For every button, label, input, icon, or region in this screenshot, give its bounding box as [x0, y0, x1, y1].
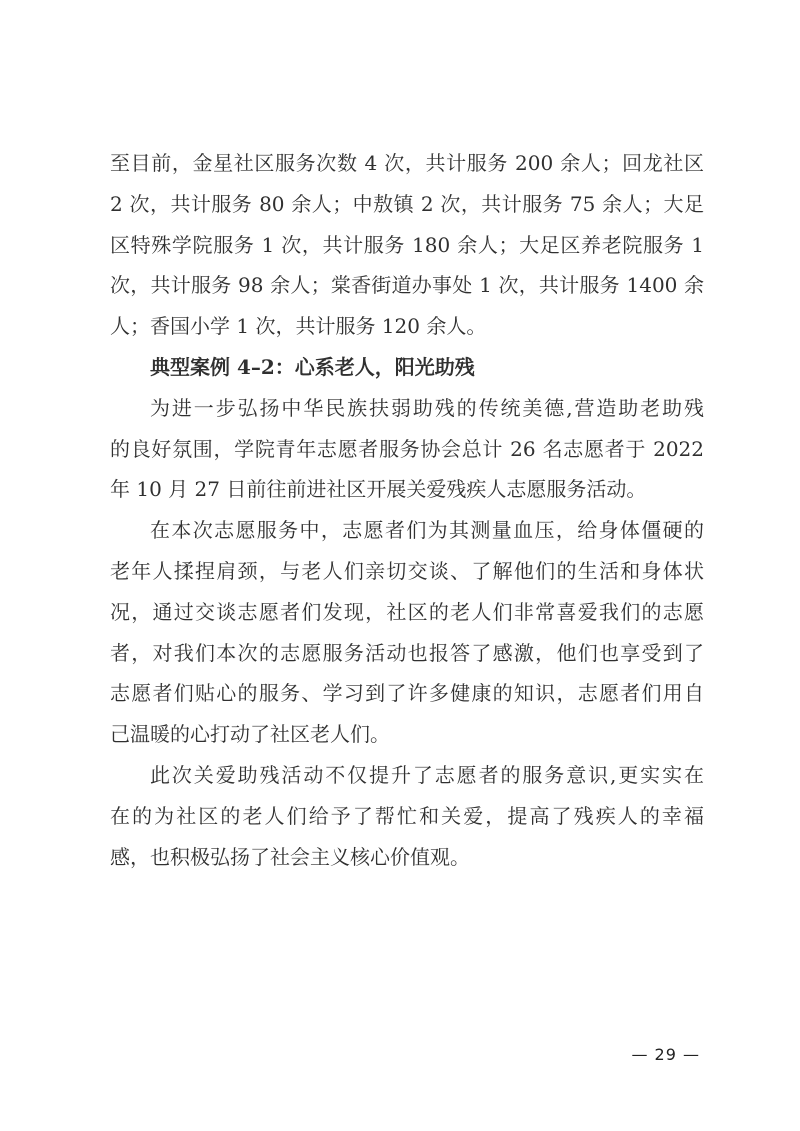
- text-line: 在本次志愿服务中，志愿者们为其测量血压，给身体僵硬的: [110, 510, 704, 551]
- document-page: 至目前，金星社区服务次数 4 次，共计服务 200 余人；回龙社区2 次，共计服…: [0, 0, 800, 1131]
- text-line: 老年人揉捏肩颈，与老人们亲切交谈、了解他们的生活和身体状: [110, 551, 704, 592]
- paragraph-case-heading: 典型案例 4–2：心系老人，阳光助残: [110, 347, 704, 388]
- text-line: 此次关爱助残活动不仅提升了志愿者的服务意识,更实实在: [110, 755, 704, 796]
- text-line: 的良好氛围，学院青年志愿者服务协会总计 26 名志愿者于 2022: [110, 429, 704, 470]
- text-line: 己温暖的心打动了社区老人们。: [110, 714, 704, 755]
- text-line: 典型案例 4–2：心系老人，阳光助残: [110, 347, 704, 388]
- text-line: 者，对我们本次的志愿服务活动也报答了感激，他们也享受到了: [110, 633, 704, 674]
- text-line: 次，共计服务 98 余人；棠香街道办事处 1 次，共计服务 1400 余: [110, 265, 704, 306]
- text-line: 为进一步弘扬中华民族扶弱助残的传统美德,营造助老助残: [110, 388, 704, 429]
- text-line: 2 次，共计服务 80 余人；中敖镇 2 次，共计服务 75 余人；大足: [110, 184, 704, 225]
- paragraph-case-intro: 为进一步弘扬中华民族扶弱助残的传统美德,营造助老助残的良好氛围，学院青年志愿者服…: [110, 388, 704, 510]
- text-line: 至目前，金星社区服务次数 4 次，共计服务 200 余人；回龙社区: [110, 143, 704, 184]
- text-line: 人；香国小学 1 次，共计服务 120 余人。: [110, 306, 704, 347]
- text-line: 年 10 月 27 日前往前进社区开展关爱残疾人志愿服务活动。: [110, 469, 704, 510]
- page-number: — 29 —: [631, 1045, 700, 1064]
- paragraph-conclusion: 此次关爱助残活动不仅提升了志愿者的服务意识,更实实在在的为社区的老人们给予了帮忙…: [110, 755, 704, 877]
- paragraph-service-description: 在本次志愿服务中，志愿者们为其测量血压，给身体僵硬的老年人揉捏肩颈，与老人们亲切…: [110, 510, 704, 755]
- paragraph-service-statistics: 至目前，金星社区服务次数 4 次，共计服务 200 余人；回龙社区2 次，共计服…: [110, 143, 704, 347]
- text-line: 区特殊学院服务 1 次，共计服务 180 余人；大足区养老院服务 1: [110, 225, 704, 266]
- text-line: 在的为社区的老人们给予了帮忙和关爱，提高了残疾人的幸福: [110, 796, 704, 837]
- text-line: 况，通过交谈志愿者们发现，社区的老人们非常喜爱我们的志愿: [110, 592, 704, 633]
- text-line: 志愿者们贴心的服务、学习到了许多健康的知识，志愿者们用自: [110, 673, 704, 714]
- document-body: 至目前，金星社区服务次数 4 次，共计服务 200 余人；回龙社区2 次，共计服…: [110, 143, 704, 877]
- text-line: 感，也积极弘扬了社会主义核心价值观。: [110, 837, 704, 878]
